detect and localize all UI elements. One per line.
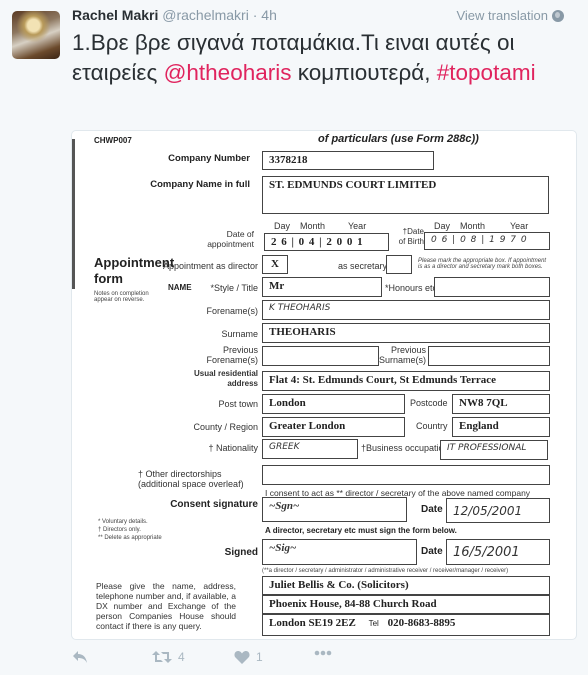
more-button[interactable] [314,650,332,656]
tweet-text-part2: κομπιουτερά, [291,60,436,85]
contact-line2: Phoenix House, 84-88 Church Road [262,595,550,614]
county-label: County / Region [193,422,258,432]
signed-label: Signed [225,547,258,558]
tweet-media-image[interactable]: CHWP007 of particulars (use Form 288c)) … [71,130,577,640]
tel-value: 020-8683-8895 [388,617,456,629]
nationality-label: † Nationality [208,443,258,453]
month-label: Month [300,221,325,231]
dob-field: 0 6 | 0 8 | 1 9 7 0 [424,232,550,250]
forenames-field: K THEOHARIS [262,300,550,320]
tweet-actions: 4 1 [72,650,372,670]
postcode-field: NW8 7QL [452,394,550,414]
heart-icon [234,650,250,664]
surname-field: THEOHARIS [262,323,550,343]
form-header-text: of particulars (use Form 288c)) [318,133,479,145]
postcode-label: Postcode [410,398,448,408]
address-field: Flat 4: St. Edmunds Court, St Edmunds Te… [262,371,550,391]
date-of-appointment-label: Date of appointment [184,229,254,249]
tweet-header: Rachel Makri @rachelmakri · 4h [72,7,277,23]
honours-field [434,277,550,297]
surname-label: Surname [221,329,258,339]
reply-icon [72,650,88,664]
signed-field: ~Sig~ [262,539,417,565]
contact-prompt: Please give the name, address, telephone… [96,581,236,631]
name-label: NAME [168,283,192,292]
tweet-text: 1.Βρε βρε σιγανά ποταμάκια.Τι ειναι αυτέ… [72,28,572,88]
nationality-field: GREEK [262,439,358,459]
timestamp[interactable]: 4h [261,7,277,23]
company-name-label: Company Name in full [150,179,250,190]
prev-surnames-field [428,346,550,366]
date-of-appointment-field: 2 6 | 0 4 | 2 0 0 1 [264,233,389,251]
dob-label: †Date of Birth [394,227,424,247]
style-title-field: Mr [262,277,382,297]
company-name-field: ST. EDMUNDS COURT LIMITED [262,176,549,214]
post-town-field: London [262,394,405,414]
as-secretary-box [386,255,412,274]
like-count: 1 [256,650,263,664]
occupation-field: IT PROFESSIONAL [440,440,548,460]
globe-icon [552,10,564,22]
view-translation-link[interactable]: View translation [456,8,564,23]
other-directorships-field [262,465,550,485]
other-directorships-label: † Other directorships (additional space … [138,469,258,489]
style-title-label: *Style / Title [210,283,258,293]
year-label: Year [348,221,366,231]
company-number-label: Company Number [168,153,250,164]
prev-surnames-label: Previous Surname(s) [378,345,426,365]
hashtag-link[interactable]: #topotami [437,60,536,85]
form-code: CHWP007 [94,136,132,145]
consent-date-label: Date [421,504,443,515]
tel-label: Tel [369,619,379,628]
country-field: England [452,417,550,437]
like-button[interactable]: 1 [234,650,263,664]
contact-line3: London SE19 2EZ Tel 020-8683-8895 [262,614,550,636]
county-field: Greater London [262,417,405,437]
country-label: Country [416,421,448,431]
appointment-director-box: X [262,255,288,274]
signed-date-label: Date [421,546,443,557]
reply-button[interactable] [72,650,88,664]
dob-year-label: Year [510,221,528,231]
notes-text: Notes on completion appear on reverse. [94,291,154,303]
post-town-label: Post town [218,399,258,409]
scanned-form: CHWP007 of particulars (use Form 288c)) … [72,131,576,639]
role-options: (**a director / secretary / administrato… [262,568,508,574]
scan-edge [72,139,75,289]
footnote-directors: † Directors only. [98,527,141,533]
more-icon [314,650,332,656]
mention-link[interactable]: @htheoharis [164,60,292,85]
separator: · [253,7,258,23]
must-sign-text: A director, secretary etc must sign the … [265,526,457,535]
dob-day-label: Day [434,221,450,231]
occupation-label: †Business occupation [361,443,449,453]
contact-postal: London SE19 2EZ [269,617,356,629]
prev-forenames-label: Previous Forename(s) [198,345,258,365]
appointment-director-label: Appointment as director [163,261,258,271]
footnote-voluntary: * Voluntary details. [98,519,148,525]
consent-signature-field: ~Sgn~ [262,497,407,522]
retweet-icon [152,650,172,664]
author-handle[interactable]: @rachelmakri [162,7,249,23]
honours-label: *Honours etc [385,283,437,293]
signed-date-field: 16/5/2001 [446,539,550,565]
dob-month-label: Month [460,221,485,231]
avatar[interactable] [12,11,60,59]
forenames-label: Forename(s) [206,306,258,316]
consent-date-field: 12/05/2001 [446,498,550,523]
footnote-delete: ** Delete as appropriate [98,535,162,541]
contact-line1: Juliet Bellis & Co. (Solicitors) [262,576,550,595]
day-label: Day [274,221,290,231]
author-name[interactable]: Rachel Makri [72,7,158,23]
company-number-field: 3378218 [262,151,434,170]
address-label: Usual residential address [188,369,258,389]
prev-forenames-field [262,346,379,366]
retweet-count: 4 [178,650,185,664]
retweet-button[interactable]: 4 [152,650,185,664]
view-translation-label: View translation [456,8,548,23]
mark-box-note: Please mark the appropriate box. If appo… [418,258,548,270]
consent-signature-label: Consent signature [170,499,258,510]
as-secretary-label: as secretary [338,261,387,271]
